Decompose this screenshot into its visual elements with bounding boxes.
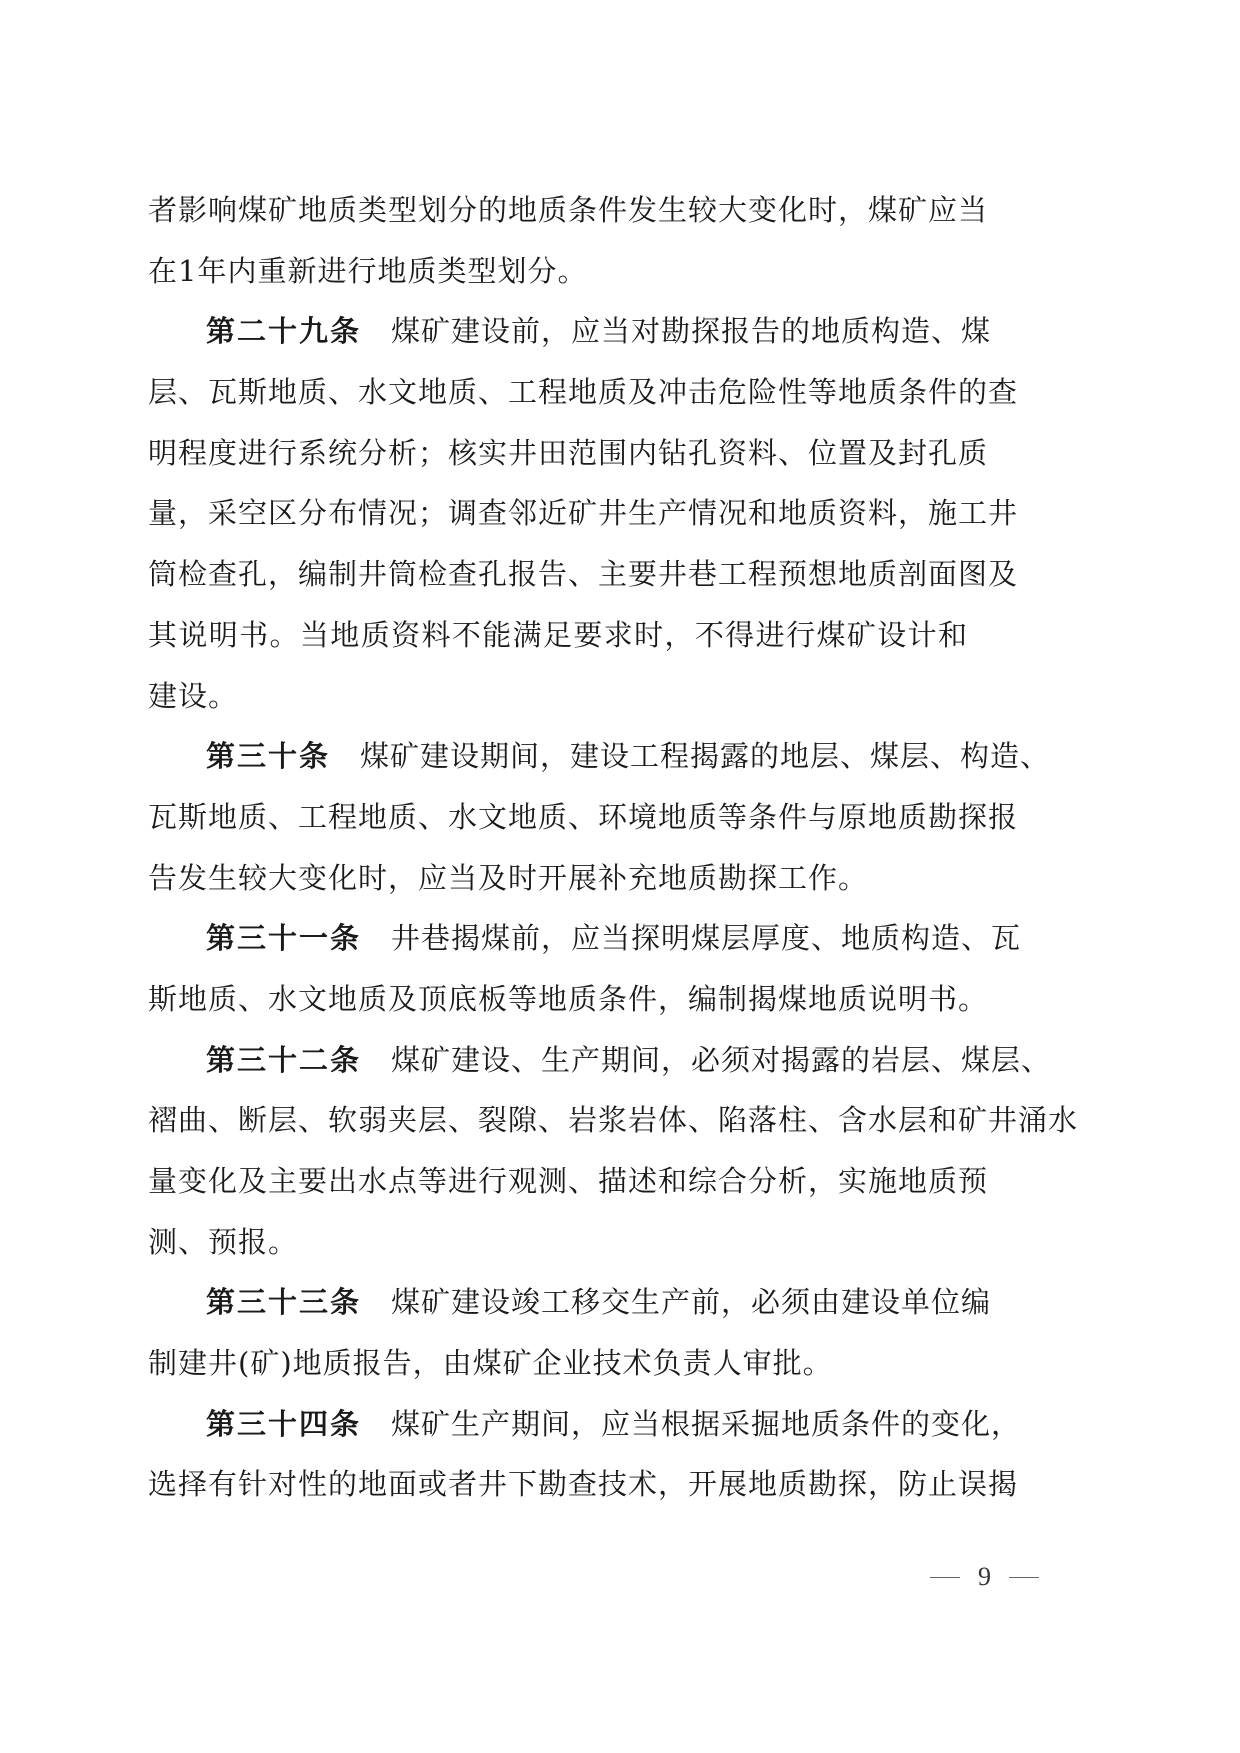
text-span: 井巷揭煤前，应当探明煤层厚度、地质构造、瓦 [391, 921, 1021, 955]
text-line: 制建井(矿)地质报告，由煤矿企业技术负责人审批。 [148, 1333, 968, 1394]
page-footer: 9 [930, 1562, 1039, 1592]
article-34-first-line: 第三十四条煤矿生产期间，应当根据采掘地质条件的变化， [148, 1394, 968, 1455]
article-heading: 第三十二条 [206, 1043, 361, 1077]
article-32-first-line: 第三十二条煤矿建设、生产期间，必须对揭露的岩层、煤层、 [148, 1030, 968, 1091]
text-line: 告发生较大变化时，应当及时开展补充地质勘探工作。 [148, 848, 968, 909]
text-line: 选择有针对性的地面或者井下勘查技术，开展地质勘探，防止误揭 [148, 1454, 968, 1515]
text-line: 明程度进行系统分析；核实井田范围内钻孔资料、位置及封孔质 [148, 423, 968, 484]
dash-right [1009, 1577, 1039, 1578]
text-line: 其说明书。当地质资料不能满足要求时，不得进行煤矿设计和 [148, 605, 968, 666]
text-line: 瓦斯地质、工程地质、水文地质、环境地质等条件与原地质勘探报 [148, 787, 968, 848]
text-line: 量变化及主要出水点等进行观测、描述和综合分析，实施地质预 [148, 1151, 968, 1212]
dash-left [930, 1577, 960, 1578]
article-heading: 第二十九条 [206, 314, 361, 348]
article-heading: 第三十三条 [206, 1285, 361, 1319]
text-line: 斯地质、水文地质及顶底板等地质条件，编制揭煤地质说明书。 [148, 969, 968, 1030]
article-29-first-line: 第二十九条煤矿建设前，应当对勘探报告的地质构造、煤 [148, 301, 968, 362]
article-heading: 第三十条 [206, 739, 330, 773]
text-span: 煤矿建设、生产期间，必须对揭露的岩层、煤层、 [391, 1043, 1051, 1077]
article-33-first-line: 第三十三条煤矿建设竣工移交生产前，必须由建设单位编 [148, 1272, 968, 1333]
text-line: 筒检查孔，编制井筒检查孔报告、主要井巷工程预想地质剖面图及 [148, 544, 968, 605]
text-line: 在1年内重新进行地质类型划分。 [148, 241, 968, 302]
article-30-first-line: 第三十条煤矿建设期间，建设工程揭露的地层、煤层、构造、 [148, 726, 968, 787]
text-line: 者影响煤矿地质类型划分的地质条件发生较大变化时，煤矿应当 [148, 180, 968, 241]
article-heading: 第三十一条 [206, 921, 361, 955]
text-line: 褶曲、断层、软弱夹层、裂隙、岩浆岩体、陷落柱、含水层和矿井涌水 [148, 1090, 968, 1151]
article-heading: 第三十四条 [206, 1407, 361, 1441]
text-span: 煤矿生产期间，应当根据采掘地质条件的变化， [391, 1407, 1021, 1441]
text-line: 层、瓦斯地质、水文地质、工程地质及冲击危险性等地质条件的查 [148, 362, 968, 423]
text-span: 煤矿建设期间，建设工程揭露的地层、煤层、构造、 [360, 739, 1050, 773]
text-line: 建设。 [148, 666, 968, 727]
article-31-first-line: 第三十一条井巷揭煤前，应当探明煤层厚度、地质构造、瓦 [148, 908, 968, 969]
text-line: 测、预报。 [148, 1212, 968, 1273]
document-body: 者影响煤矿地质类型划分的地质条件发生较大变化时，煤矿应当 在1年内重新进行地质类… [148, 180, 968, 1515]
text-line: 量，采空区分布情况；调查邻近矿井生产情况和地质资料，施工井 [148, 483, 968, 544]
page-number: 9 [978, 1562, 991, 1592]
text-span: 煤矿建设前，应当对勘探报告的地质构造、煤 [391, 314, 991, 348]
text-span: 煤矿建设竣工移交生产前，必须由建设单位编 [391, 1285, 991, 1319]
